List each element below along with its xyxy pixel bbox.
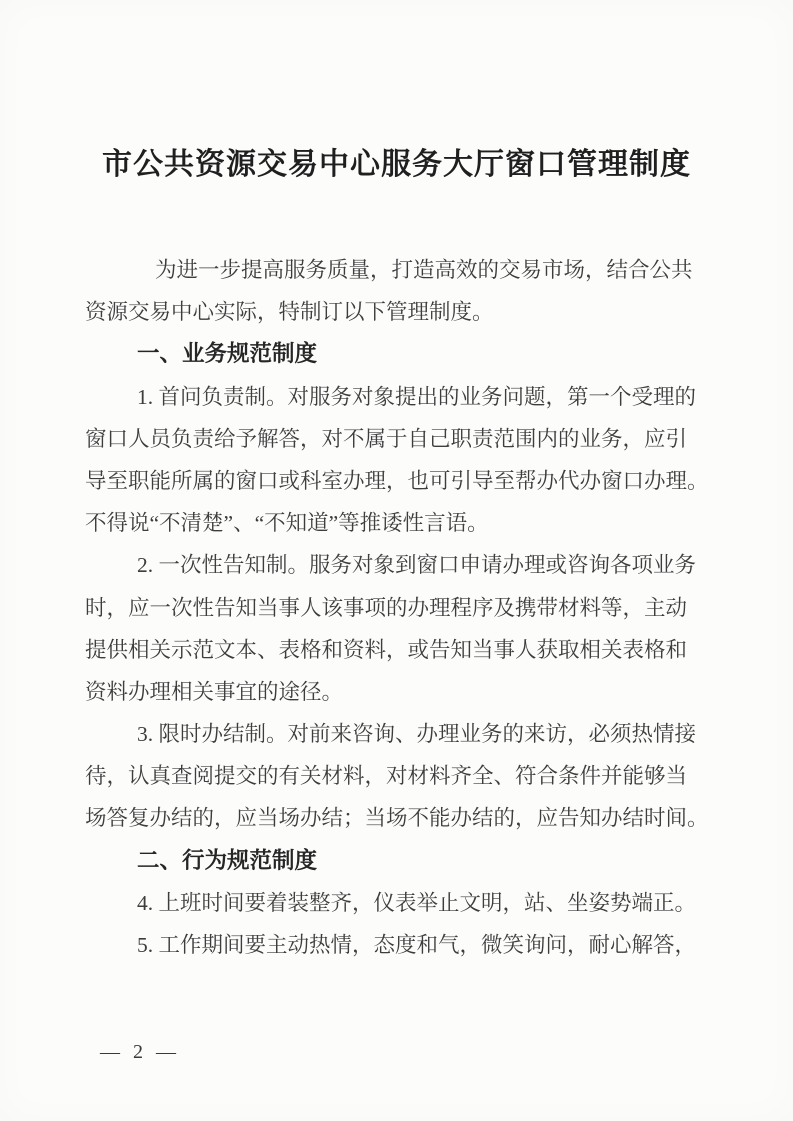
- document-body: 为进一步提高服务质量，打造高效的交易市场，结合公共 资源交易中心实际，特制订以下…: [85, 249, 713, 966]
- item-1-line: 不得说“不清楚”、“不知道”等推诿性言语。: [85, 502, 713, 544]
- document-title: 市公共资源交易中心服务大厅窗口管理制度: [0, 143, 793, 187]
- item-1-line: 窗口人员负责给予解答，对不属于自己职责范围内的业务，应引: [85, 418, 713, 460]
- section-heading-1: 一、业务规范制度: [85, 333, 713, 375]
- item-2-line: 资料办理相关事宜的途径。: [85, 671, 713, 713]
- section-heading-2: 二、行为规范制度: [85, 840, 713, 882]
- item-2-line: 2. 一次性告知制。服务对象到窗口申请办理或咨询各项业务: [85, 544, 713, 586]
- item-2-line: 提供相关示范文本、表格和资料，或告知当事人获取相关表格和: [85, 629, 713, 671]
- intro-line: 资源交易中心实际，特制订以下管理制度。: [85, 291, 713, 333]
- intro-line: 为进一步提高服务质量，打造高效的交易市场，结合公共: [85, 249, 713, 291]
- item-3-line: 待，认真查阅提交的有关材料，对材料齐全、符合条件并能够当: [85, 755, 713, 797]
- item-2-line: 时，应一次性告知当事人该事项的办理程序及携带材料等，主动: [85, 587, 713, 629]
- page-number: — 2 —: [100, 1041, 180, 1064]
- item-5-line: 5. 工作期间要主动热情，态度和气，微笑询问，耐心解答，: [85, 924, 713, 966]
- item-1-line: 1. 首问负责制。对服务对象提出的业务问题，第一个受理的: [85, 376, 713, 418]
- item-4-line: 4. 上班时间要着装整齐，仪表举止文明，站、坐姿势端正。: [85, 882, 713, 924]
- item-1-line: 导至职能所属的窗口或科室办理，也可引导至帮办代办窗口办理。: [85, 460, 713, 502]
- document-page: 市公共资源交易中心服务大厅窗口管理制度 为进一步提高服务质量，打造高效的交易市场…: [0, 0, 793, 1121]
- item-3-line: 3. 限时办结制。对前来咨询、办理业务的来访，必须热情接: [85, 713, 713, 755]
- item-3-line: 场答复办结的，应当场办结；当场不能办结的，应告知办结时间。: [85, 797, 713, 839]
